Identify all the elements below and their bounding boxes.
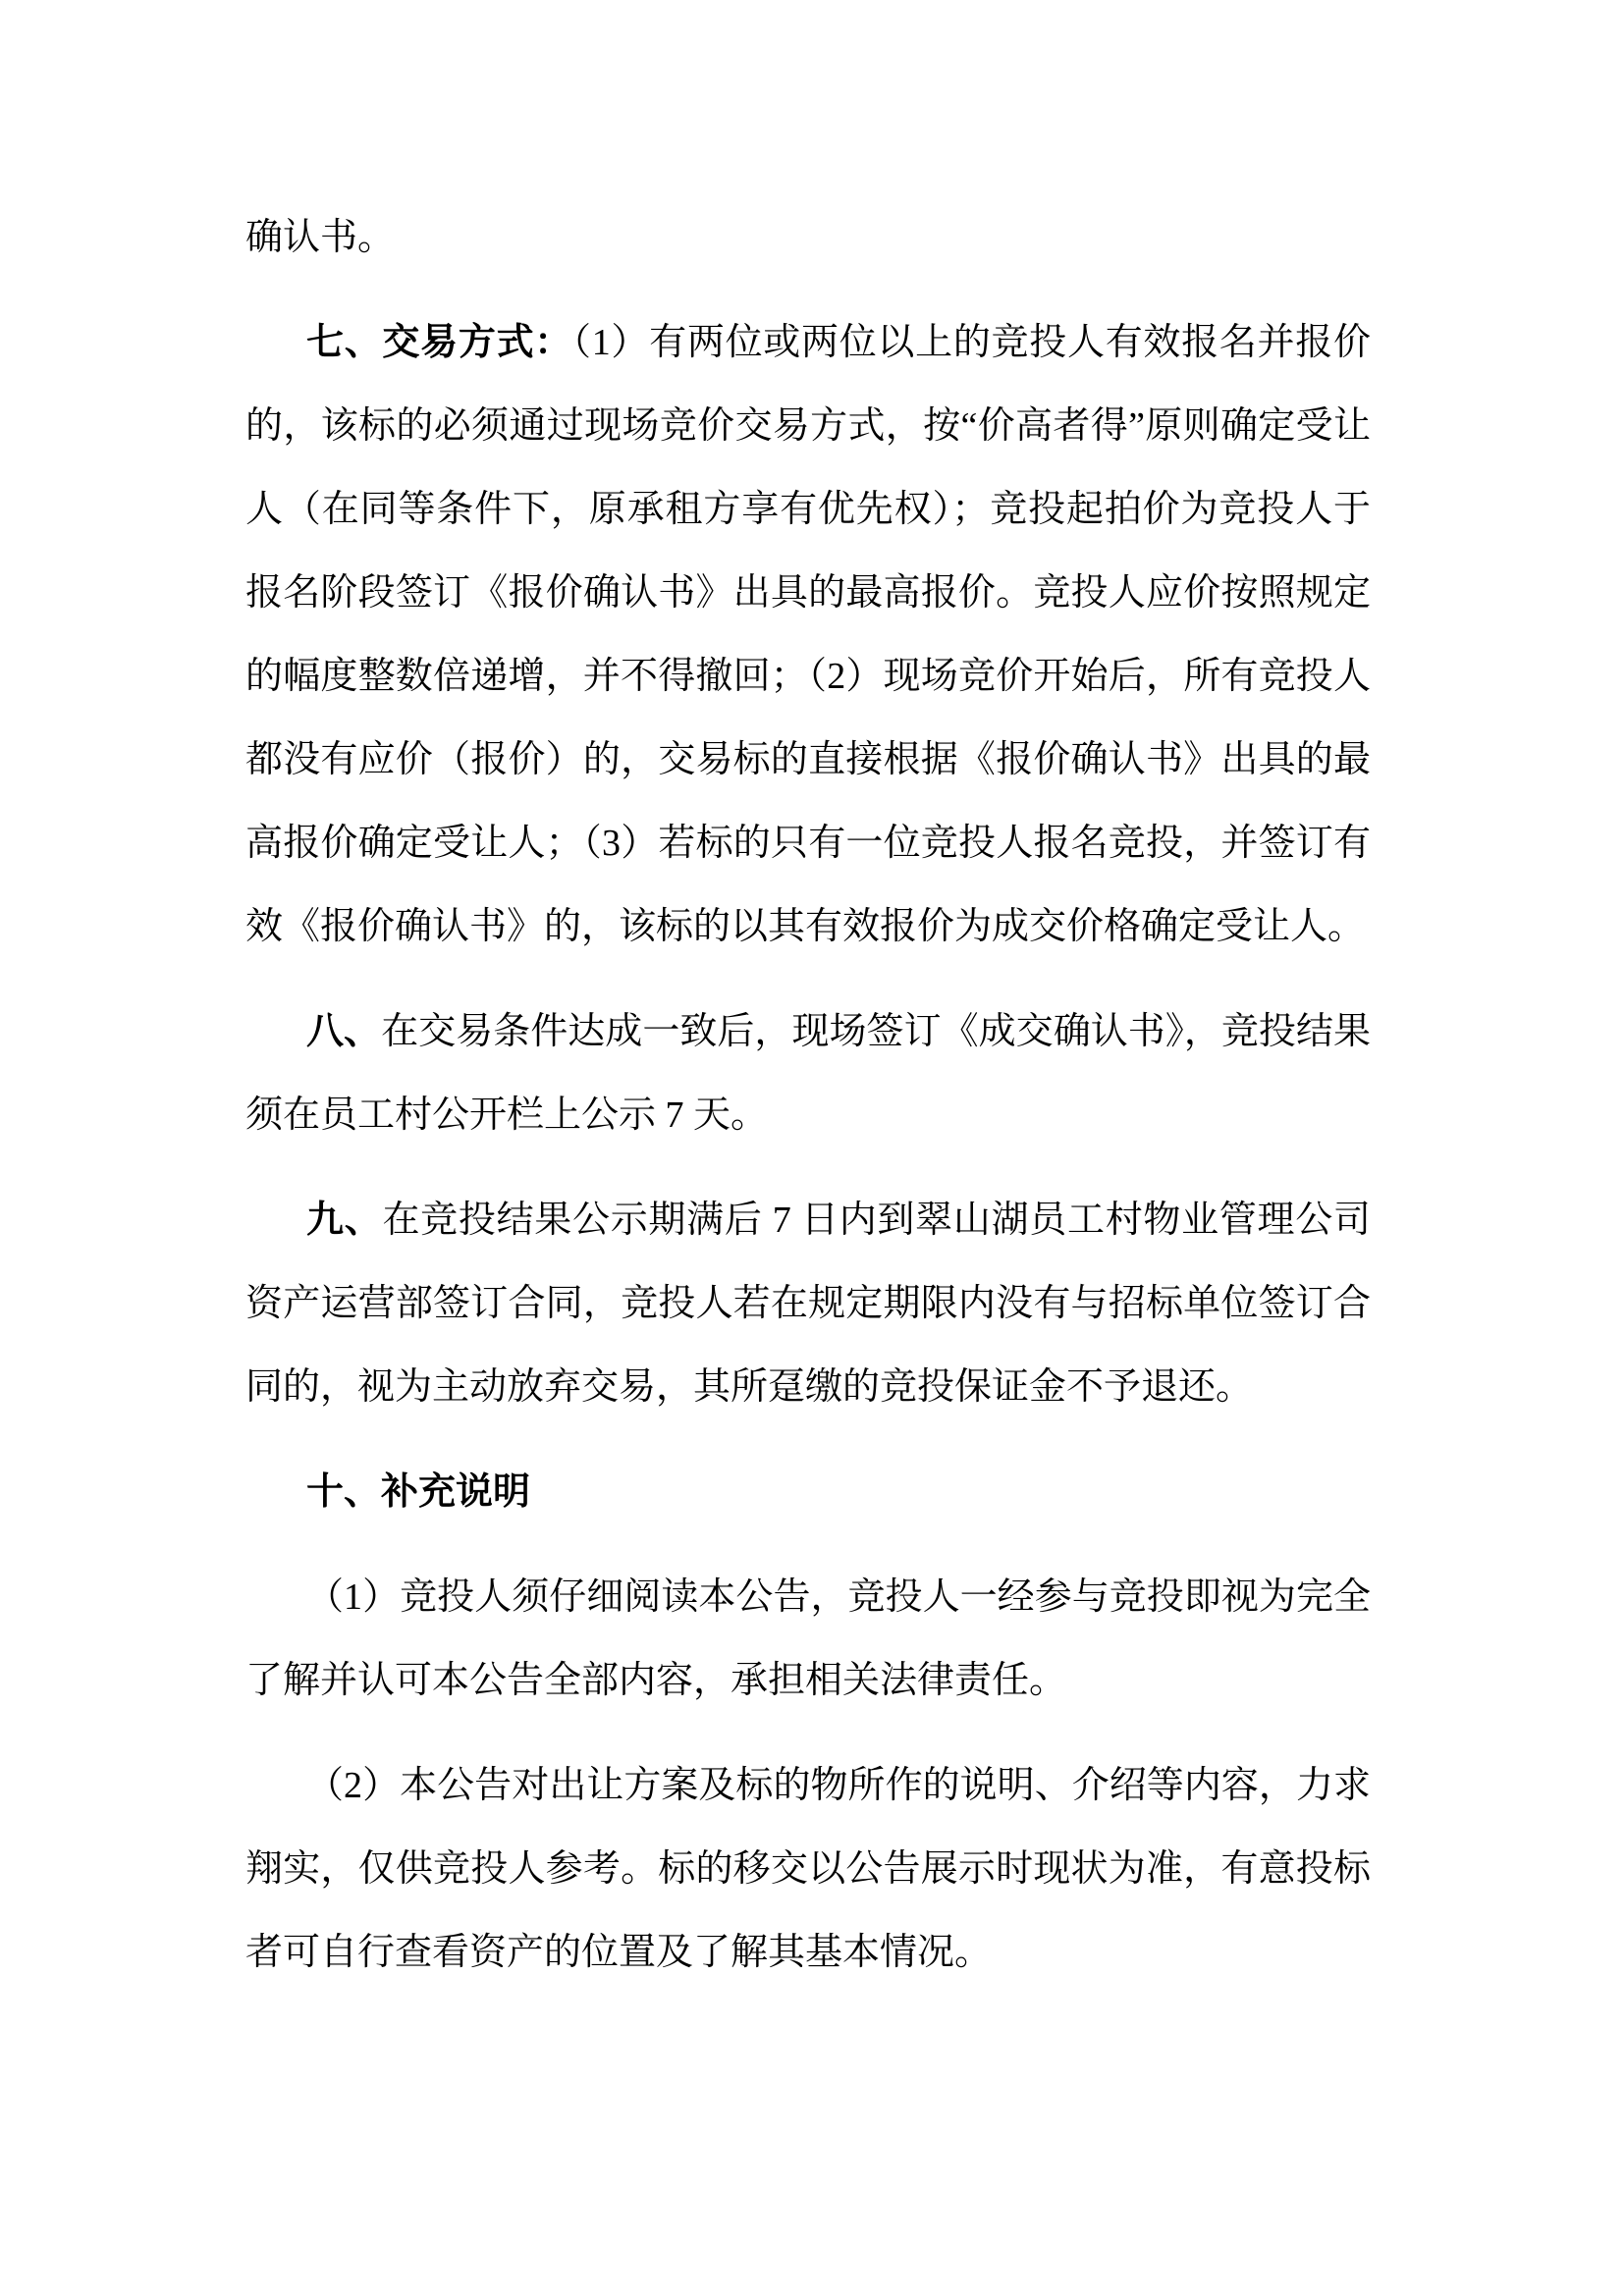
paragraph: 确认书。: [245, 196, 1371, 280]
paragraph: 七、交易方式：（1）有两位或两位以上的竞投人有效报名并报价的，该标的必须通过现场…: [245, 301, 1371, 969]
paragraph: （1）竞投人须仔细阅读本公告，竞投人一经参与竞投即视为完全了解并认可本公告全部内…: [245, 1556, 1371, 1723]
bold-text-run: 八、: [306, 1011, 381, 1052]
bold-text-run: 七、交易方式：: [306, 322, 572, 363]
paragraph: 九、在竞投结果公示期满后 7 日内到翠山湖员工村物业管理公司资产运营部签订合同，…: [245, 1179, 1371, 1429]
paragraph: 八、在交易条件达成一致后，现场签订《成交确认书》，竞投结果须在员工村公开栏上公示…: [245, 990, 1371, 1157]
text-run: 在交易条件达成一致后，现场签订《成交确认书》，竞投结果须在员工村公开栏上公示 7…: [245, 1011, 1371, 1136]
paragraph: （2）本公告对出让方案及标的物所作的说明、介绍等内容，力求翔实，仅供竞投人参考。…: [245, 1744, 1371, 1995]
document-page: 确认书。七、交易方式：（1）有两位或两位以上的竞投人有效报名并报价的，该标的必须…: [0, 0, 1624, 2296]
text-run: 在竞投结果公示期满后 7 日内到翠山湖员工村物业管理公司资产运营部签订合同，竞投…: [245, 1200, 1371, 1408]
text-run: （2）本公告对出让方案及标的物所作的说明、介绍等内容，力求翔实，仅供竞投人参考。…: [245, 1765, 1371, 1973]
bold-text-run: 九、: [306, 1200, 382, 1241]
text-run: 确认书。: [245, 217, 395, 258]
text-run: （1）有两位或两位以上的竞投人有效报名并报价的，该标的必须通过现场竞价交易方式，…: [245, 322, 1371, 947]
document-body: 确认书。七、交易方式：（1）有两位或两位以上的竞投人有效报名并报价的，该标的必须…: [245, 196, 1371, 2016]
bold-text-run: 十、补充说明: [306, 1471, 530, 1513]
text-run: （1）竞投人须仔细阅读本公告，竞投人一经参与竞投即视为完全了解并认可本公告全部内…: [245, 1576, 1371, 1701]
paragraph: 十、补充说明: [245, 1451, 1371, 1534]
